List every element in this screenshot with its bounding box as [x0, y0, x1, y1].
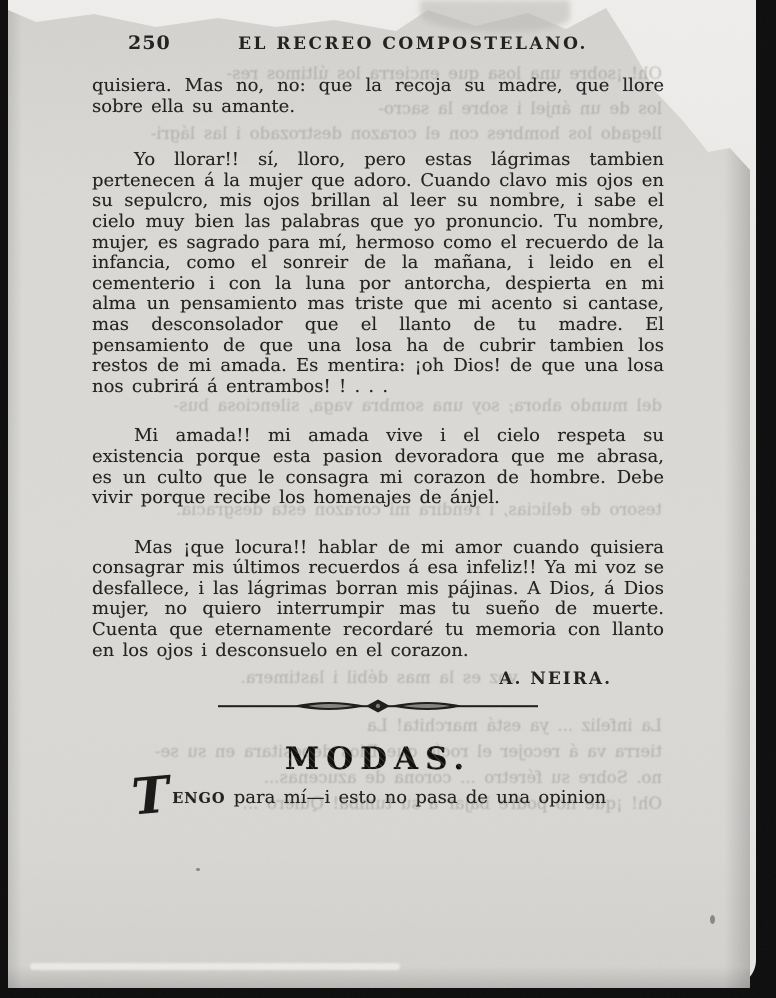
- opening-text: para mí—i esto no pasa de una opinion: [226, 787, 607, 808]
- paragraph: quisiera. Mas no, no: que la recoja su m…: [92, 76, 664, 117]
- ink-speck: [710, 915, 715, 924]
- ornamental-divider: [218, 697, 538, 715]
- section-title: MODAS.: [92, 741, 664, 777]
- page-number: 250: [128, 32, 171, 54]
- opening-line: TENGO para mí—i esto no pasa de una opin…: [92, 787, 664, 810]
- page-content: 250 EL RECREO COMPOSTELANO. quisiera. Ma…: [92, 28, 664, 828]
- page-edge-highlight: [30, 963, 400, 970]
- paragraph: Mi amada!! mi amada vive i el cielo resp…: [92, 426, 664, 508]
- article-body: quisiera. Mas no, no: que la recoja su m…: [92, 76, 664, 661]
- running-header: 250 EL RECREO COMPOSTELANO.: [92, 28, 664, 58]
- ornamental-initial: T: [132, 795, 169, 798]
- small-caps-word: ENGO: [172, 790, 225, 807]
- author-signature: A. NEIRA.: [92, 669, 664, 689]
- paragraph: Mas ¡que locura!! hablar de mi amor cuan…: [92, 538, 664, 662]
- paragraph: Yo llorar!! sí, lloro, pero estas lágrim…: [92, 150, 664, 397]
- ink-speck: [196, 868, 200, 871]
- scanned-book-page: Oh! ¡sobre una losa que encierra los últ…: [0, 0, 776, 998]
- journal-title: EL RECREO COMPOSTELANO.: [92, 28, 664, 54]
